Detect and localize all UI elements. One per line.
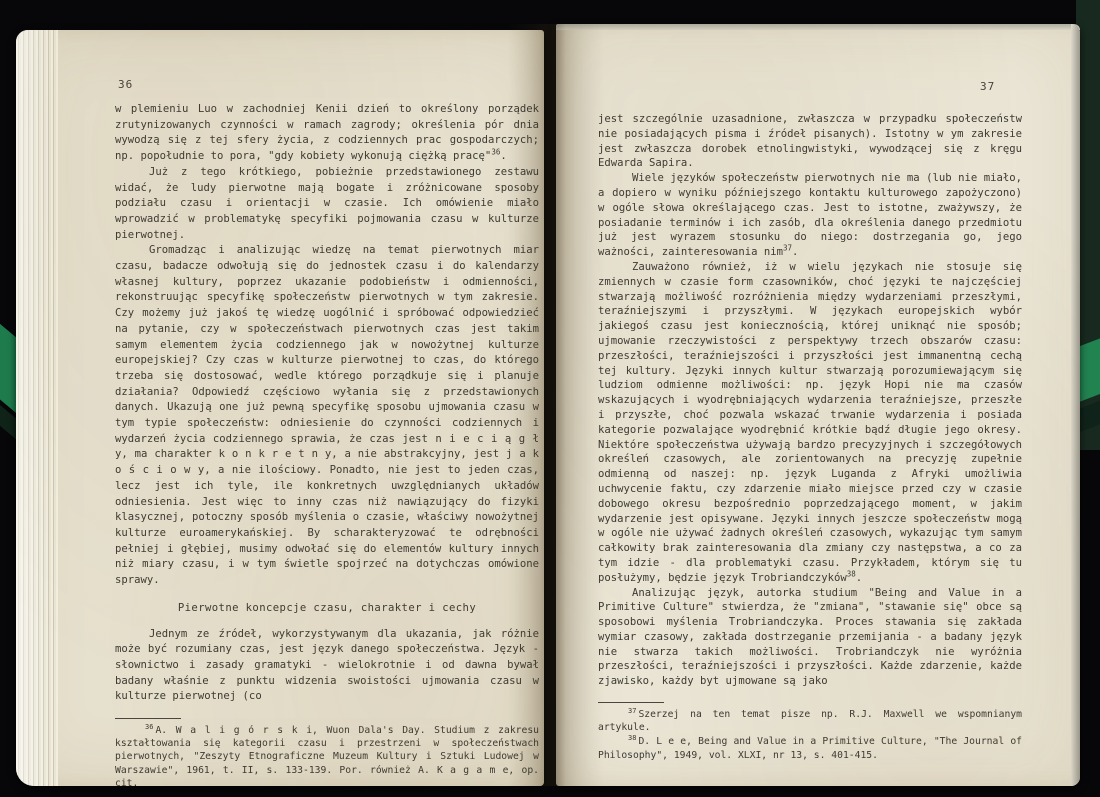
page-edge-top (556, 24, 1080, 30)
paragraph: w plemieniu Luo w zachodniej Kenii dzień… (115, 102, 539, 165)
footnote-marker: 37 (628, 707, 636, 715)
left-page-text-block: w plemieniu Luo w zachodniej Kenii dzień… (115, 102, 539, 791)
footnote-block: 37Szerzej na ten temat pisze np. R.J. Ma… (598, 702, 1022, 762)
footnote-marker-38-ref: 38 (847, 569, 856, 578)
paragraph: Gromadząc i analizując wiedzę na temat p… (115, 243, 539, 588)
footnote-text: D. L e e, Being and Value in a Primitive… (598, 736, 1022, 760)
left-page: 36 w plemieniu Luo w zachodniej Kenii dz… (16, 30, 544, 786)
paragraph: Jednym ze źródeł, wykorzystywanym dla uk… (115, 627, 539, 706)
page-edge-stack (16, 30, 58, 786)
paragraph-text: w plemieniu Luo w zachodniej Kenii dzień… (115, 103, 539, 162)
footnote-marker: 36 (145, 723, 153, 731)
footnote-rule (598, 702, 664, 703)
footnote-marker-37-ref: 37 (783, 244, 792, 253)
footnote-marker: 38 (628, 734, 636, 742)
footnote-block: 36A. W a l i g ó r s k i, Wuon Dala's Da… (115, 718, 539, 790)
footnote-text: A. W a l i g ó r s k i, Wuon Dala's Day.… (115, 725, 539, 789)
paragraph-text: . (792, 246, 798, 258)
page-number-left: 36 (118, 78, 133, 91)
footnote-38: 38D. L e e, Being and Value in a Primiti… (598, 735, 1022, 761)
paragraph: Wiele języków społeczeństw pierwotnych n… (598, 171, 1022, 260)
section-heading: Pierwotne koncepcje czasu, charakter i c… (115, 601, 539, 617)
paragraph-text: . (856, 572, 862, 584)
paragraph: Już z tego krótkiego, pobieżnie przedsta… (115, 165, 539, 244)
footnote-marker-36-ref: 36 (491, 148, 500, 157)
paragraph: Analizując język, autorka studium "Being… (598, 586, 1022, 690)
footnote-36: 36A. W a l i g ó r s k i, Wuon Dala's Da… (115, 724, 539, 790)
paragraph: Zauważono również, iż w wielu językach n… (598, 260, 1022, 586)
book-scan: { "colors": { "background": "#070709", "… (0, 0, 1100, 797)
paragraph-text: Wiele języków społeczeństw pierwotnych n… (598, 172, 1022, 258)
paragraph: jest szczególnie uzasadnione, zwłaszcza … (598, 112, 1022, 171)
paragraph-text: . (500, 150, 506, 162)
footnote-text: Szerzej na ten temat pisze np. R.J. Maxw… (598, 709, 1022, 733)
paragraph-text: Zauważono również, iż w wielu językach n… (598, 261, 1022, 584)
page-number-right: 37 (980, 80, 995, 93)
right-page-text-block: jest szczególnie uzasadnione, zwłaszcza … (598, 112, 1022, 763)
page-edge-right (1071, 24, 1080, 786)
footnote-37: 37Szerzej na ten temat pisze np. R.J. Ma… (598, 708, 1022, 734)
footnote-rule (115, 718, 181, 719)
right-page: 37 jest szczególnie uzasadnione, zwłaszc… (556, 24, 1080, 786)
